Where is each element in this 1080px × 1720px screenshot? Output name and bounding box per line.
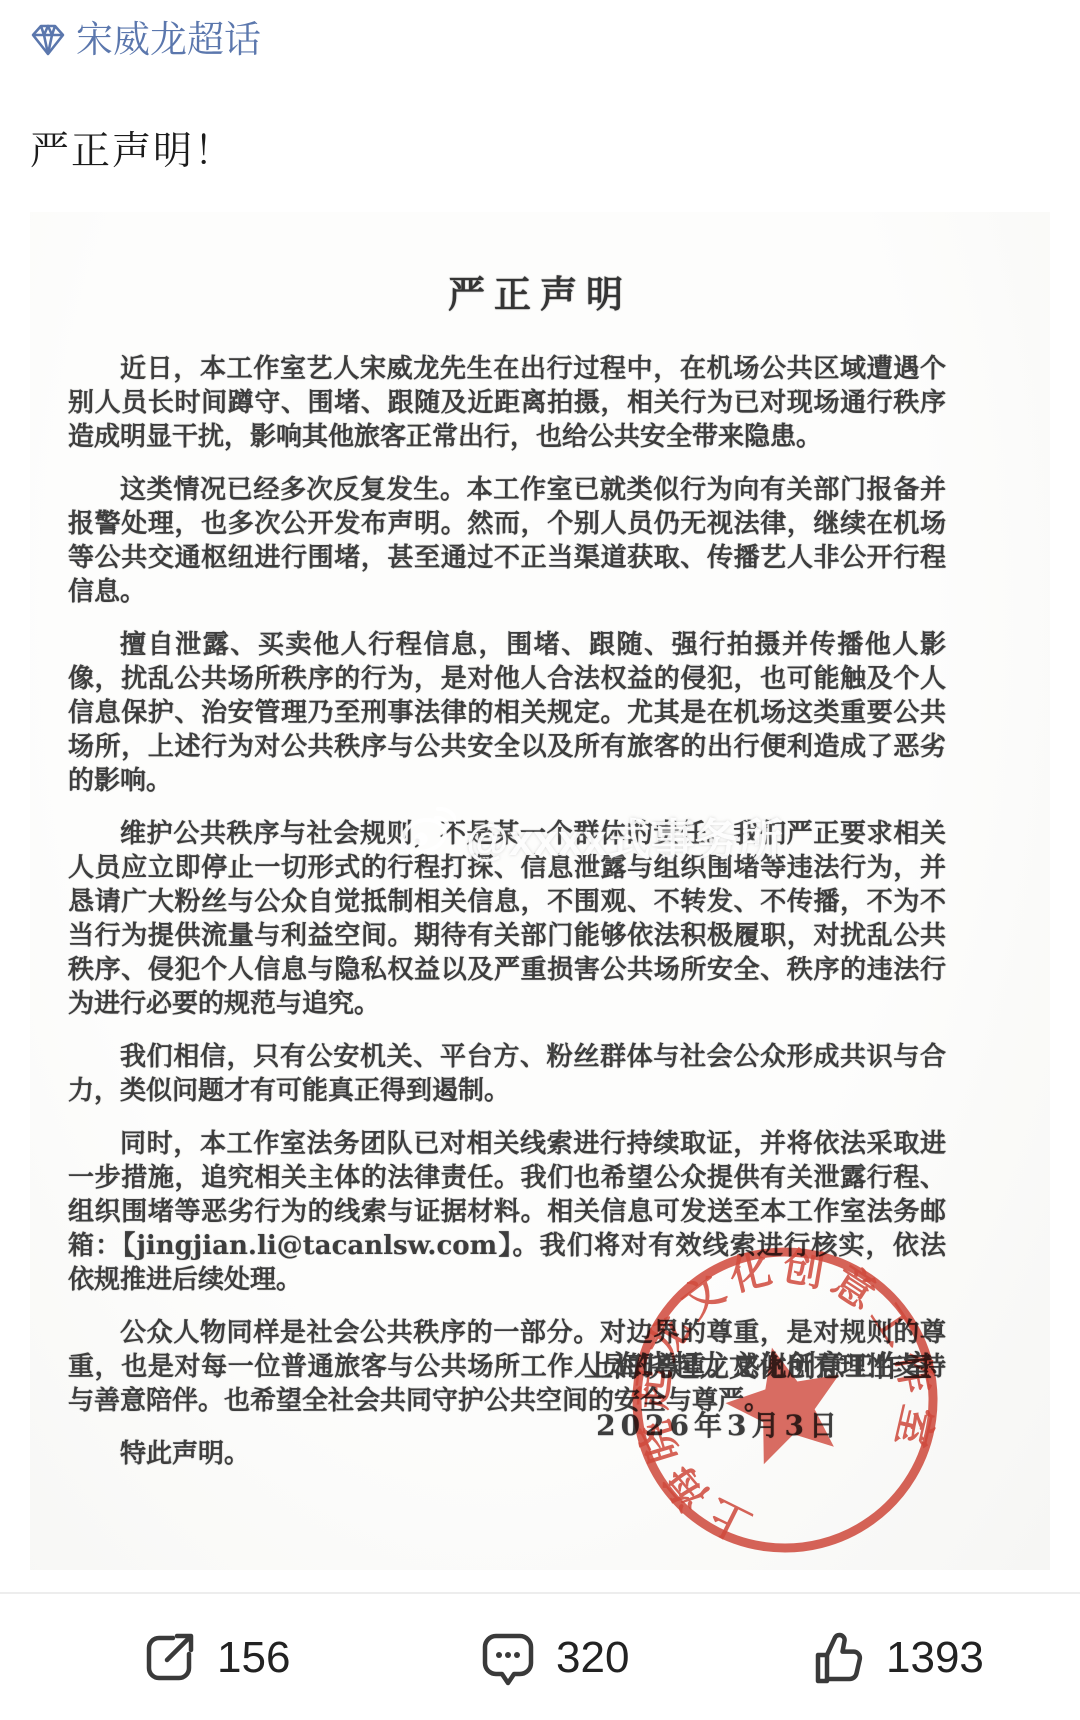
statement-paragraph: 擅自泄露、买卖他人行程信息，围堵、跟随、强行拍摄并传播他人影像，扰乱公共场所秩序… bbox=[68, 628, 946, 798]
statement-date: 2026年3月3日 bbox=[596, 1404, 842, 1444]
statement-title: 严正声明 bbox=[30, 264, 1050, 318]
supertopic-label: 宋威龙超话 bbox=[76, 18, 261, 62]
supertopic-link[interactable]: 宋威龙超话 bbox=[28, 18, 261, 62]
share-button[interactable]: 156 bbox=[137, 1622, 290, 1694]
share-icon bbox=[137, 1626, 201, 1690]
like-button[interactable]: 1393 bbox=[806, 1622, 984, 1694]
statement-paragraph: 我们相信，只有公安机关、平台方、粉丝群体与社会公众形成共识与合力，类似问题才有可… bbox=[68, 1040, 946, 1108]
comment-count: 320 bbox=[556, 1633, 629, 1683]
supertopic-diamond-icon bbox=[28, 20, 68, 60]
post-title: 严正声明！ bbox=[30, 120, 235, 176]
like-count: 1393 bbox=[886, 1633, 984, 1683]
share-count: 156 bbox=[217, 1633, 290, 1683]
statement-image[interactable]: 严正声明 近日，本工作室艺人宋威龙先生在出行过程中，在机场公共区域遭遇个别人员长… bbox=[30, 212, 1050, 1570]
statement-signature: 上海晓起龙文化创意工作室 bbox=[584, 1344, 932, 1385]
statement-paragraph: 维护公共秩序与社会规则，不是某一个群体的责任。我们严正要求相关人员应立即停止一切… bbox=[68, 817, 946, 1021]
statement-paragraph: 同时，本工作室法务团队已对相关线索进行持续取证，并将依法采取进一步措施，追究相关… bbox=[68, 1127, 946, 1297]
action-bar: 156 320 1393 bbox=[0, 1592, 1080, 1720]
comment-button[interactable]: 320 bbox=[476, 1622, 629, 1694]
statement-paragraph: 近日，本工作室艺人宋威龙先生在出行过程中，在机场公共区域遭遇个别人员长时间蹲守、… bbox=[68, 352, 946, 454]
statement-paragraph: 这类情况已经多次反复发生。本工作室已就类似行为向有关部门报备并报警处理，也多次公… bbox=[68, 473, 946, 609]
statement-body: 近日，本工作室艺人宋威龙先生在出行过程中，在机场公共区域遭遇个别人员长时间蹲守、… bbox=[68, 352, 946, 1471]
comment-icon bbox=[476, 1626, 540, 1690]
thumbs-up-icon bbox=[806, 1626, 870, 1690]
